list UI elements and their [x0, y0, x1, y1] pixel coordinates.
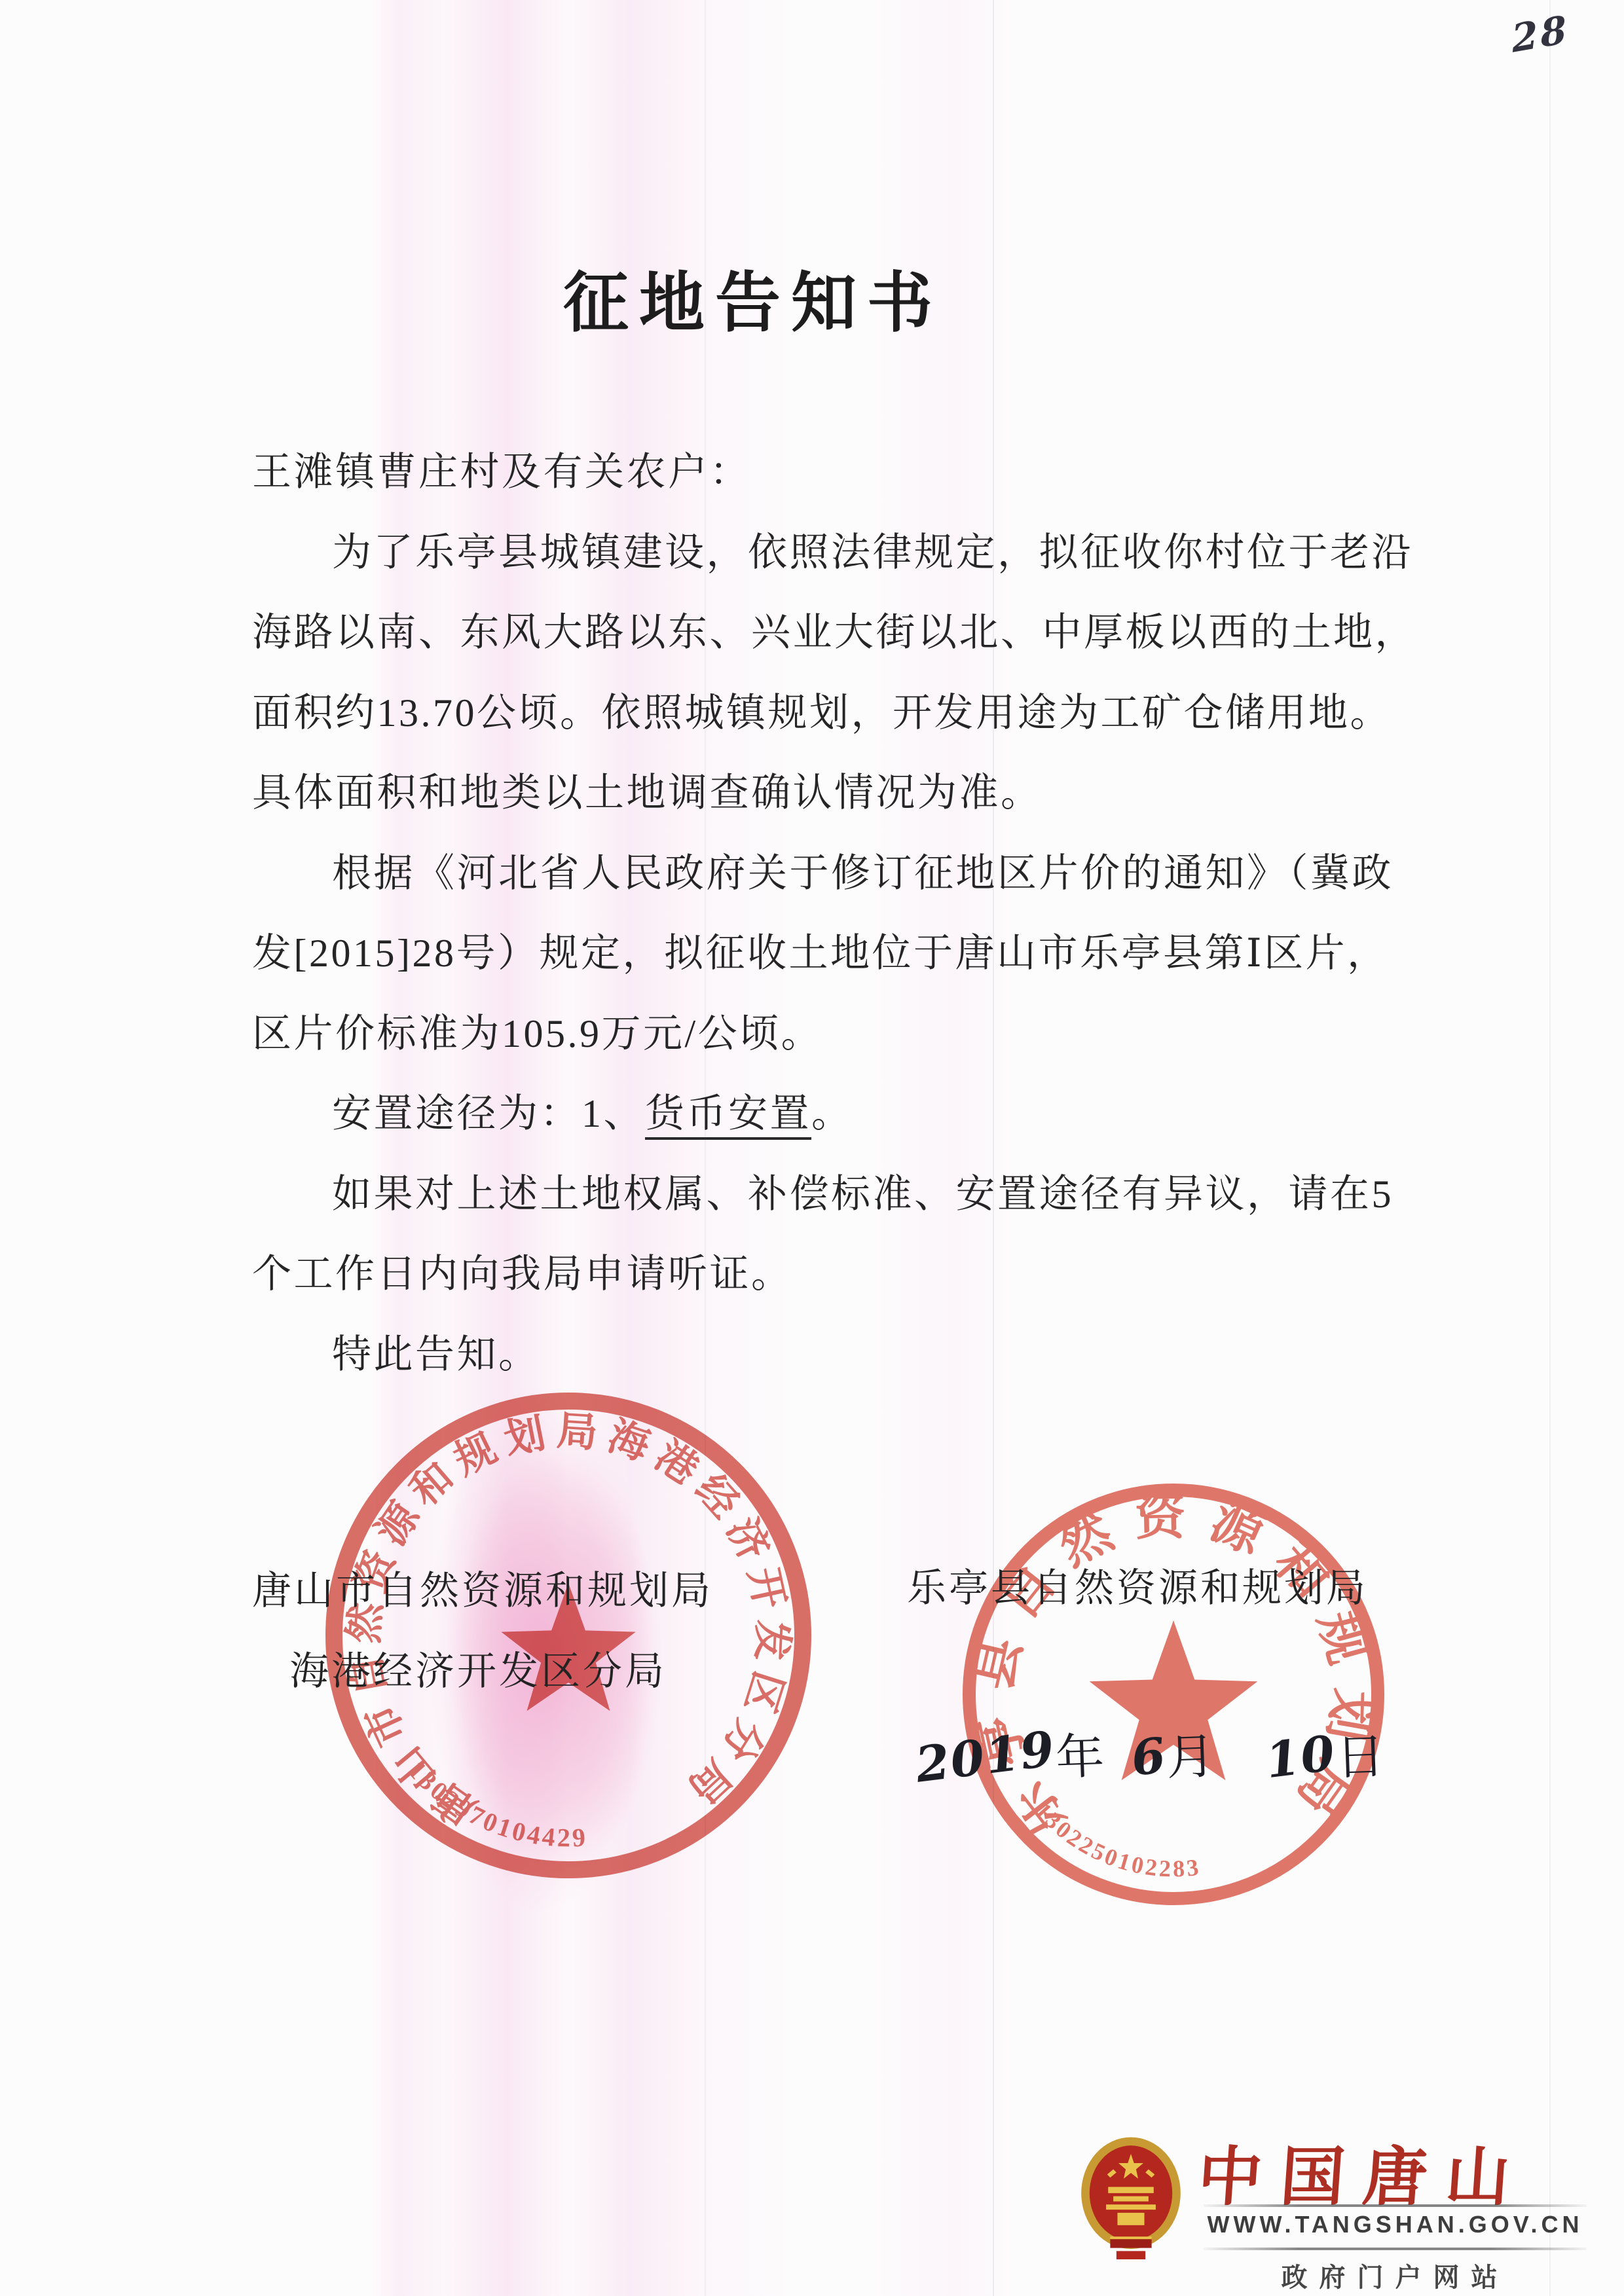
- body-line: 王滩镇曹庄村及有关农户：: [252, 432, 1382, 513]
- body-text: 王滩镇曹庄村及有关农户：为了乐亭县城镇建设，依照法律规定，拟征收你村位于老沿海路…: [252, 432, 1382, 1394]
- body-line: 具体面积和地类以土地调查确认情况为准。: [252, 753, 1382, 833]
- body-text-segment: 为了乐亭县城镇建设，依照法律规定，拟征收你村位于老沿: [332, 531, 1413, 574]
- body-text-segment: 区片价标准为105.9万元/公顷。: [252, 1012, 822, 1055]
- body-text-segment: 个工作日内向我局申请听证。: [252, 1252, 793, 1296]
- body-text-segment: 安置途径为：1、: [332, 1092, 645, 1135]
- body-text-segment: 具体面积和地类以土地调查确认情况为准。: [252, 771, 1043, 814]
- site-url: WWW.TANGSHAN.GOV.CN: [1204, 2211, 1587, 2238]
- body-line: 个工作日内向我局申请听证。: [252, 1234, 1382, 1315]
- body-text-segment: 如果对上述土地权属、补偿标准、安置途径有异议，请在5: [332, 1173, 1393, 1216]
- signature-left-line1: 唐山市自然资源和规划局: [252, 1559, 713, 1616]
- date-year-label: 年: [1054, 1718, 1105, 1789]
- date-day: 10: [1263, 1725, 1340, 1789]
- body-text-segment: 面积约13.70公顷。依照城镇规划，开发用途为工矿仓储用地。: [252, 691, 1392, 735]
- underlined-text: 货币安置: [645, 1092, 811, 1135]
- document-title: 征地告知书: [0, 250, 1506, 344]
- handwritten-page-number: 28: [1510, 7, 1570, 62]
- body-line: 为了乐亭县城镇建设，依照法律规定，拟征收你村位于老沿: [252, 513, 1382, 593]
- national-emblem-icon: [1079, 2134, 1183, 2269]
- body-text-segment: 海路以南、东风大路以东、兴业大街以北、中厚板以西的土地，: [252, 611, 1416, 654]
- tangshan-gov-logo: 中国唐山 WWW.TANGSHAN.GOV.CN 政府门户网站: [1079, 2131, 1596, 2288]
- body-text-segment: 发[2015]28号）规定，拟征收土地位于唐山市乐亭县第Ⅰ区片，: [252, 932, 1389, 975]
- divider: [1204, 2248, 1587, 2250]
- body-line: 海路以南、东风大路以东、兴业大街以北、中厚板以西的土地，: [252, 592, 1382, 673]
- official-seal-left: 唐山市自然资源和规划局海港经济开发区分局 1302970104429: [306, 1374, 830, 1897]
- body-text-segment: 特此告知。: [332, 1333, 540, 1376]
- signature-right-line1: 乐亭县自然资源和规划局: [907, 1557, 1368, 1613]
- body-line: 安置途径为：1、货币安置。: [252, 1074, 1382, 1154]
- date-year: 2019: [913, 1721, 1059, 1793]
- body-line: 发[2015]28号）规定，拟征收土地位于唐山市乐亭县第Ⅰ区片，: [252, 913, 1382, 994]
- body-line: 如果对上述土地权属、补偿标准、安置途径有异议，请在5: [252, 1154, 1382, 1235]
- body-text-segment: 王滩镇曹庄村及有关农户：: [252, 450, 751, 494]
- body-text-segment: 根据《河北省人民政府关于修订征地区片价的通知》（冀政: [332, 852, 1393, 895]
- body-line: 面积约13.70公顷。依照城镇规划，开发用途为工矿仓储用地。: [252, 673, 1382, 754]
- handwritten-date: 2019年6月10日: [915, 1719, 1384, 1788]
- body-line: 根据《河北省人民政府关于修订征地区片价的通知》（冀政: [252, 833, 1382, 914]
- divider: [1204, 2204, 1587, 2207]
- signature-left-line2: 海港经济开发区分局: [289, 1640, 667, 1696]
- date-month: 6: [1128, 1727, 1170, 1787]
- date-day-label: 日: [1335, 1718, 1386, 1789]
- body-text-segment: 。: [811, 1092, 853, 1135]
- scan-line: [1549, 0, 1551, 2296]
- date-month-label: 月: [1166, 1718, 1217, 1789]
- site-label: 政府门户网站: [1204, 2257, 1587, 2294]
- body-line: 区片价标准为105.9万元/公顷。: [252, 994, 1382, 1074]
- scanned-notice-page: 28 征地告知书 王滩镇曹庄村及有关农户：为了乐亭县城镇建设，依照法律规定，拟征…: [0, 0, 1624, 2296]
- official-seal-right: 乐亭县自然资源和规划局 1302250102283: [944, 1465, 1403, 1923]
